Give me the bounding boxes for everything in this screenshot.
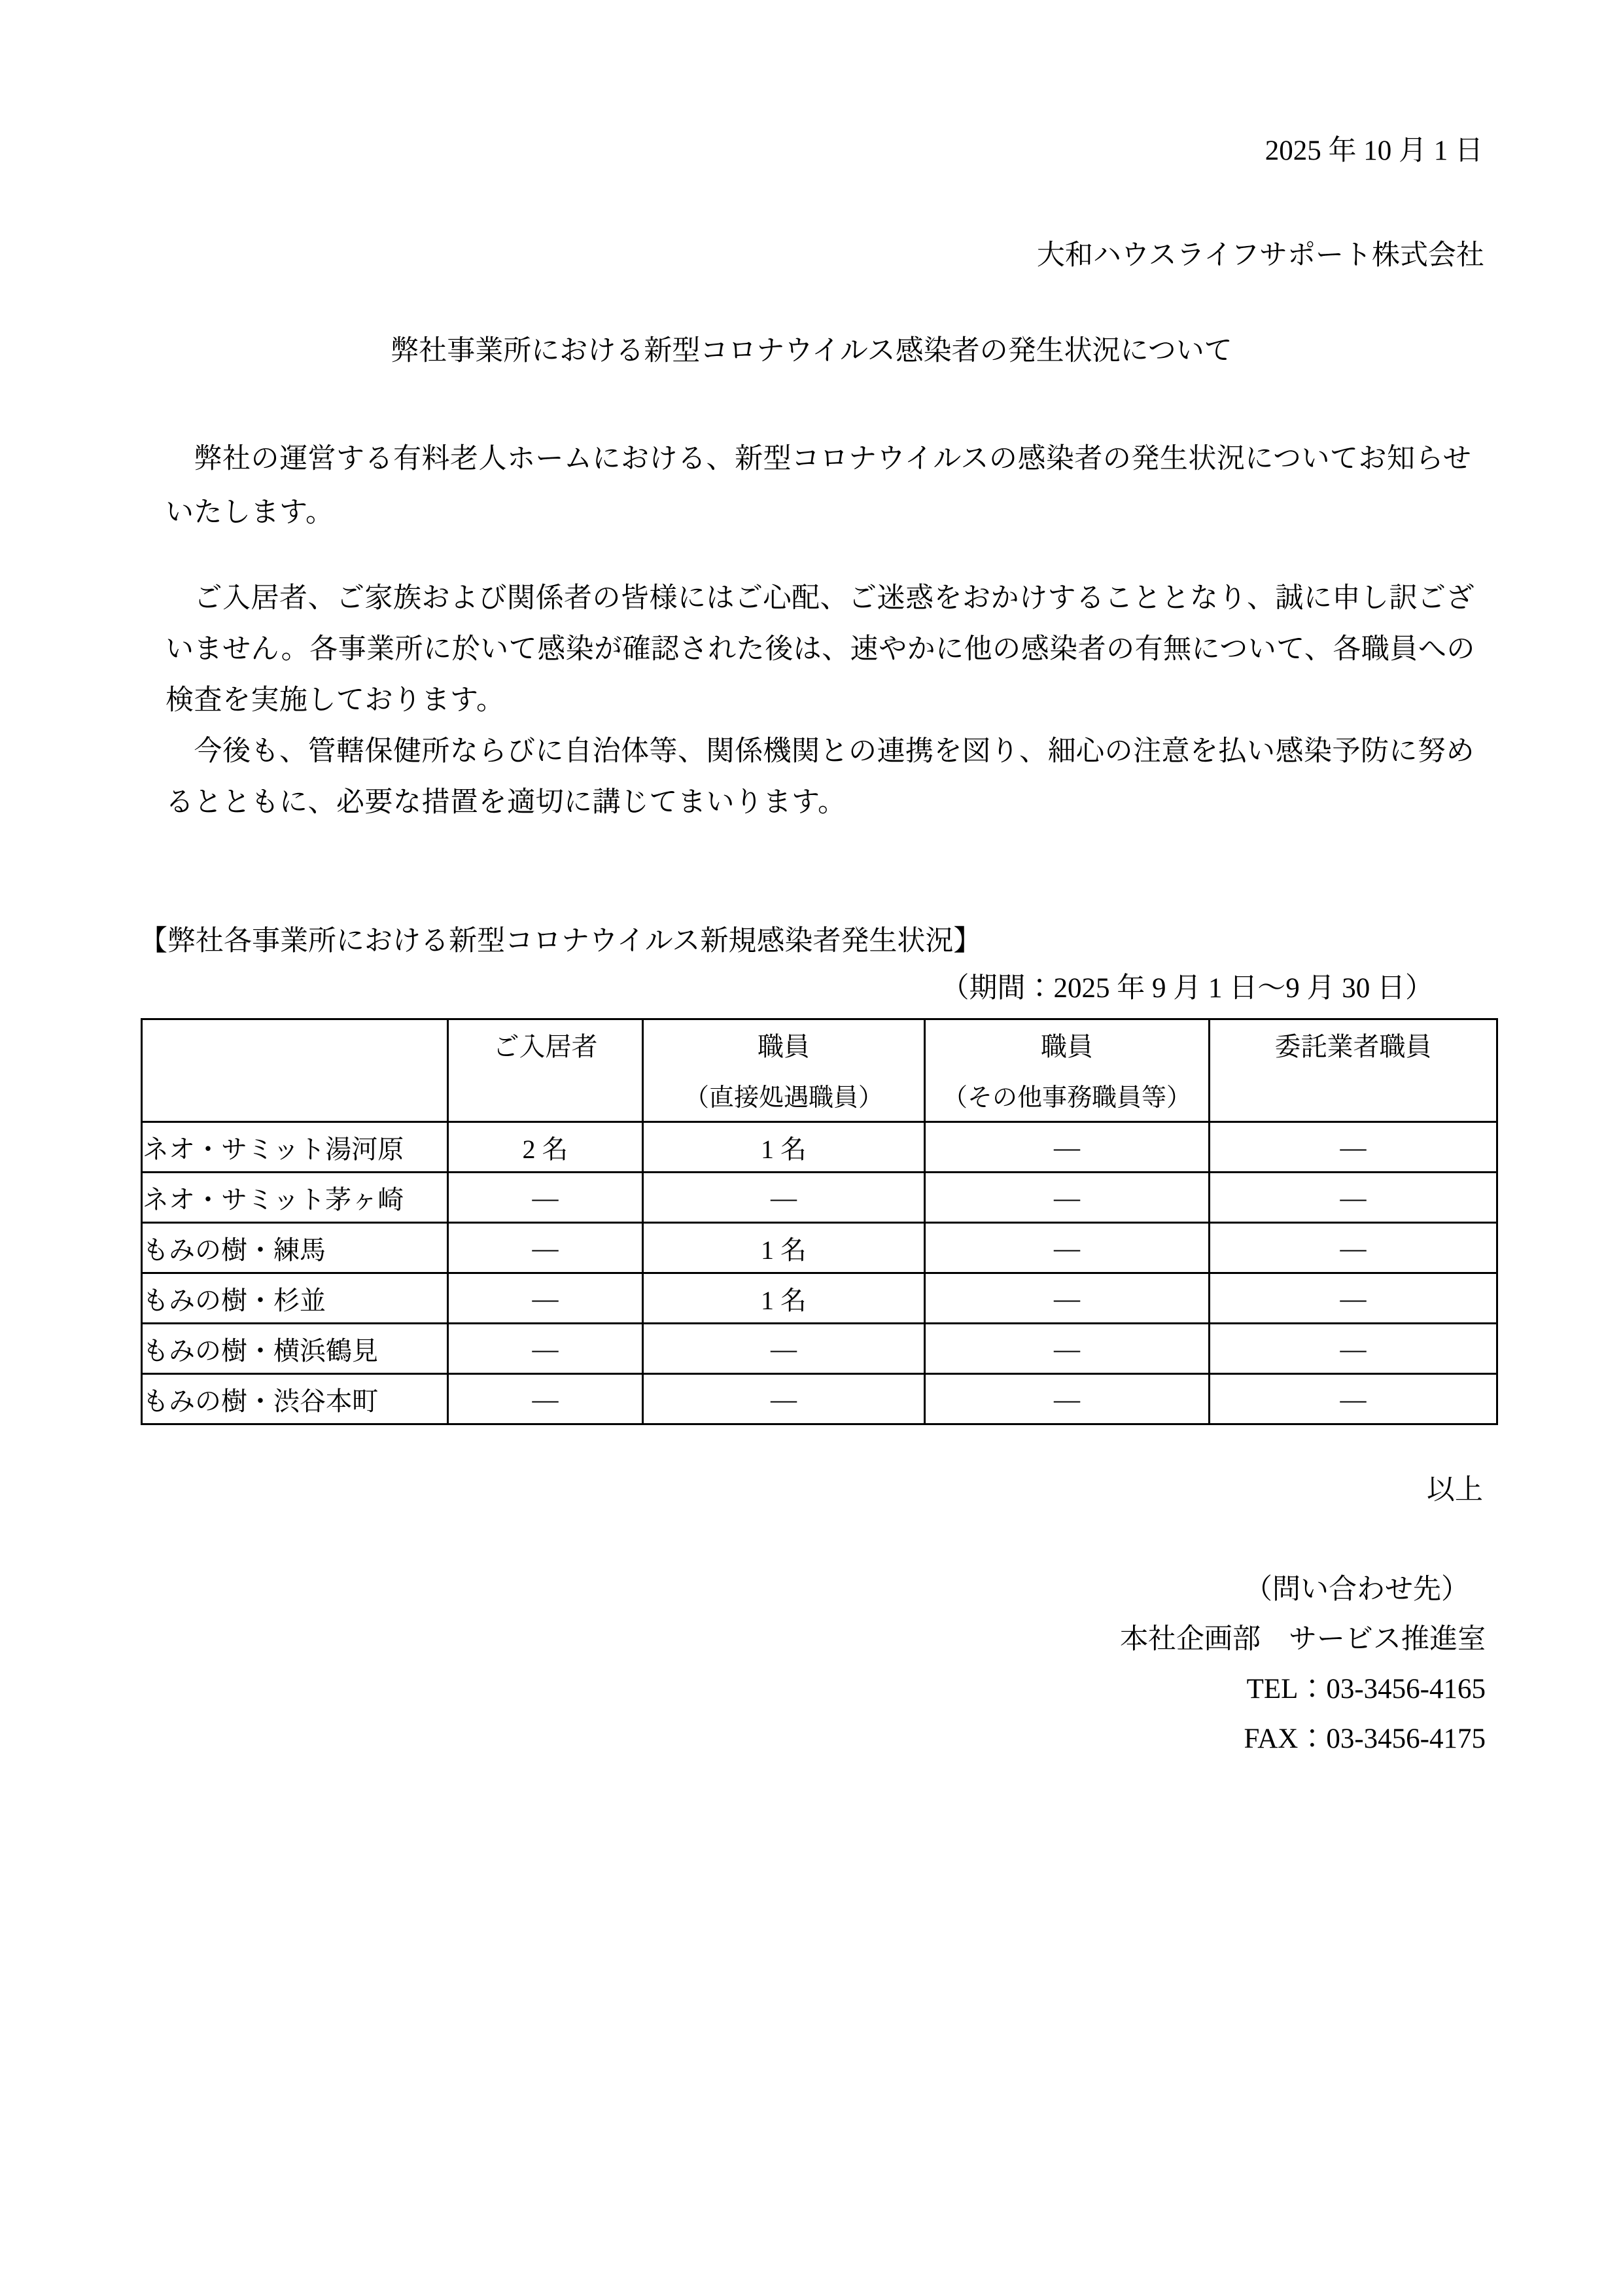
facility-name-cell: もみの樹・横浜鶴見	[142, 1324, 448, 1374]
contact-fax: FAX：03-3456-4175	[1120, 1714, 1486, 1764]
count-cell: 1 名	[643, 1223, 925, 1273]
table-row: もみの樹・杉並―1 名――	[142, 1273, 1497, 1324]
document-date: 2025 年 10 月 1 日	[1265, 131, 1483, 171]
count-cell: ―	[925, 1122, 1210, 1173]
count-cell: ―	[925, 1273, 1210, 1324]
count-cell: ―	[925, 1223, 1210, 1273]
header-cell-staff-direct: 職員 （直接処遇職員）	[643, 1019, 925, 1122]
header-label: ご入居者	[449, 1024, 642, 1070]
header-cell-staff-other: 職員 （その他事務職員等）	[925, 1019, 1210, 1122]
count-cell: ―	[448, 1223, 643, 1273]
table-row: ネオ・サミット湯河原2 名1 名――	[142, 1122, 1497, 1173]
count-cell: ―	[1210, 1223, 1497, 1273]
facility-name-cell: もみの樹・練馬	[142, 1223, 448, 1273]
header-cell-facility	[142, 1019, 448, 1122]
count-cell: ―	[448, 1324, 643, 1374]
document-title: 弊社事業所における新型コロナウイルス感染者の発生状況について	[0, 331, 1623, 372]
body-text-line: ご入居者、ご家族および関係者の皆様にはご心配、ご迷惑をおかけすることとなり、誠に…	[166, 573, 1486, 624]
facility-name-cell: ネオ・サミット茅ヶ崎	[142, 1173, 448, 1223]
body-paragraph-1: 弊社の運営する有料老人ホームにおける、新型コロナウイルスの感染者の発生状況につい…	[166, 433, 1486, 540]
body-text-line: 今後も、管轄保健所ならびに自治体等、関係機関との連携を図り、細心の注意を払い感染…	[166, 726, 1486, 777]
body-text-line: 検査を実施しております。	[166, 675, 1486, 726]
contact-department: 本社企画部 サービス推進室	[1120, 1615, 1486, 1665]
contact-tel: TEL：03-3456-4165	[1120, 1665, 1486, 1714]
header-label: 委託業者職員	[1210, 1024, 1496, 1070]
count-cell: ―	[925, 1173, 1210, 1223]
facility-rows: ネオ・サミット湯河原2 名1 名――ネオ・サミット茅ヶ崎――――もみの樹・練馬―…	[142, 1122, 1497, 1424]
body-text-line: いません。各事業所に於いて感染が確認された後は、速やかに他の感染者の有無について…	[166, 624, 1486, 675]
count-cell: ―	[448, 1173, 643, 1223]
count-cell: ―	[925, 1374, 1210, 1424]
count-cell: ―	[643, 1374, 925, 1424]
header-cell-contractors: 委託業者職員	[1210, 1019, 1497, 1122]
contact-label: （問い合わせ先）	[1120, 1565, 1469, 1615]
count-cell: 2 名	[448, 1122, 643, 1173]
table-row: もみの樹・練馬―1 名――	[142, 1223, 1497, 1273]
count-cell: ―	[643, 1173, 925, 1223]
count-cell: ―	[1210, 1324, 1497, 1374]
table-row: もみの樹・横浜鶴見――――	[142, 1324, 1497, 1374]
header-label: 職員	[926, 1024, 1208, 1070]
table-header: ご入居者 職員 （直接処遇職員） 職員 （その他事務職員等） 委託業者職員	[142, 1019, 1497, 1122]
header-label: 職員	[644, 1024, 924, 1070]
body-text-line: るとともに、必要な措置を適切に講じてまいります。	[166, 777, 1486, 828]
body-paragraph-2: ご入居者、ご家族および関係者の皆様にはご心配、ご迷惑をおかけすることとなり、誠に…	[166, 573, 1486, 828]
count-cell: ―	[448, 1374, 643, 1424]
header-sublabel: （その他事務職員等）	[926, 1075, 1208, 1121]
count-cell: ―	[1210, 1173, 1497, 1223]
header-cell-residents: ご入居者	[448, 1019, 643, 1122]
body-text-line: 弊社の運営する有料老人ホームにおける、新型コロナウイルスの感染者の発生状況につい…	[166, 433, 1486, 486]
document-page: 2025 年 10 月 1 日 大和ハウスライフサポート株式会社 弊社事業所にお…	[0, 0, 1623, 2296]
count-cell: ―	[643, 1324, 925, 1374]
company-name: 大和ハウスライフサポート株式会社	[1037, 236, 1484, 276]
count-cell: 1 名	[643, 1273, 925, 1324]
facility-name-cell: もみの樹・杉並	[142, 1273, 448, 1324]
table-row: もみの樹・渋谷本町――――	[142, 1374, 1497, 1424]
facility-name-cell: ネオ・サミット湯河原	[142, 1122, 448, 1173]
contact-block: （問い合わせ先） 本社企画部 サービス推進室 TEL：03-3456-4165 …	[1120, 1565, 1486, 1764]
body-text-line: いたします。	[166, 486, 1486, 540]
closing-word: 以上	[1427, 1471, 1483, 1510]
count-cell: 1 名	[643, 1122, 925, 1173]
count-cell: ―	[448, 1273, 643, 1324]
table-section-heading: 【弊社各事業所における新型コロナウイルス新規感染者発生状況】	[139, 922, 981, 961]
count-cell: ―	[1210, 1273, 1497, 1324]
count-cell: ―	[925, 1324, 1210, 1374]
table-row: ネオ・サミット茅ヶ崎――――	[142, 1173, 1497, 1223]
count-cell: ―	[1210, 1374, 1497, 1424]
report-period: （期間：2025 年 9 月 1 日～9 月 30 日）	[941, 969, 1434, 1008]
table-header-row: ご入居者 職員 （直接処遇職員） 職員 （その他事務職員等） 委託業者職員	[142, 1019, 1497, 1122]
header-sublabel: （直接処遇職員）	[644, 1075, 924, 1121]
count-cell: ―	[1210, 1122, 1497, 1173]
infection-status-table: ご入居者 職員 （直接処遇職員） 職員 （その他事務職員等） 委託業者職員 ネオ…	[141, 1018, 1498, 1425]
facility-name-cell: もみの樹・渋谷本町	[142, 1374, 448, 1424]
